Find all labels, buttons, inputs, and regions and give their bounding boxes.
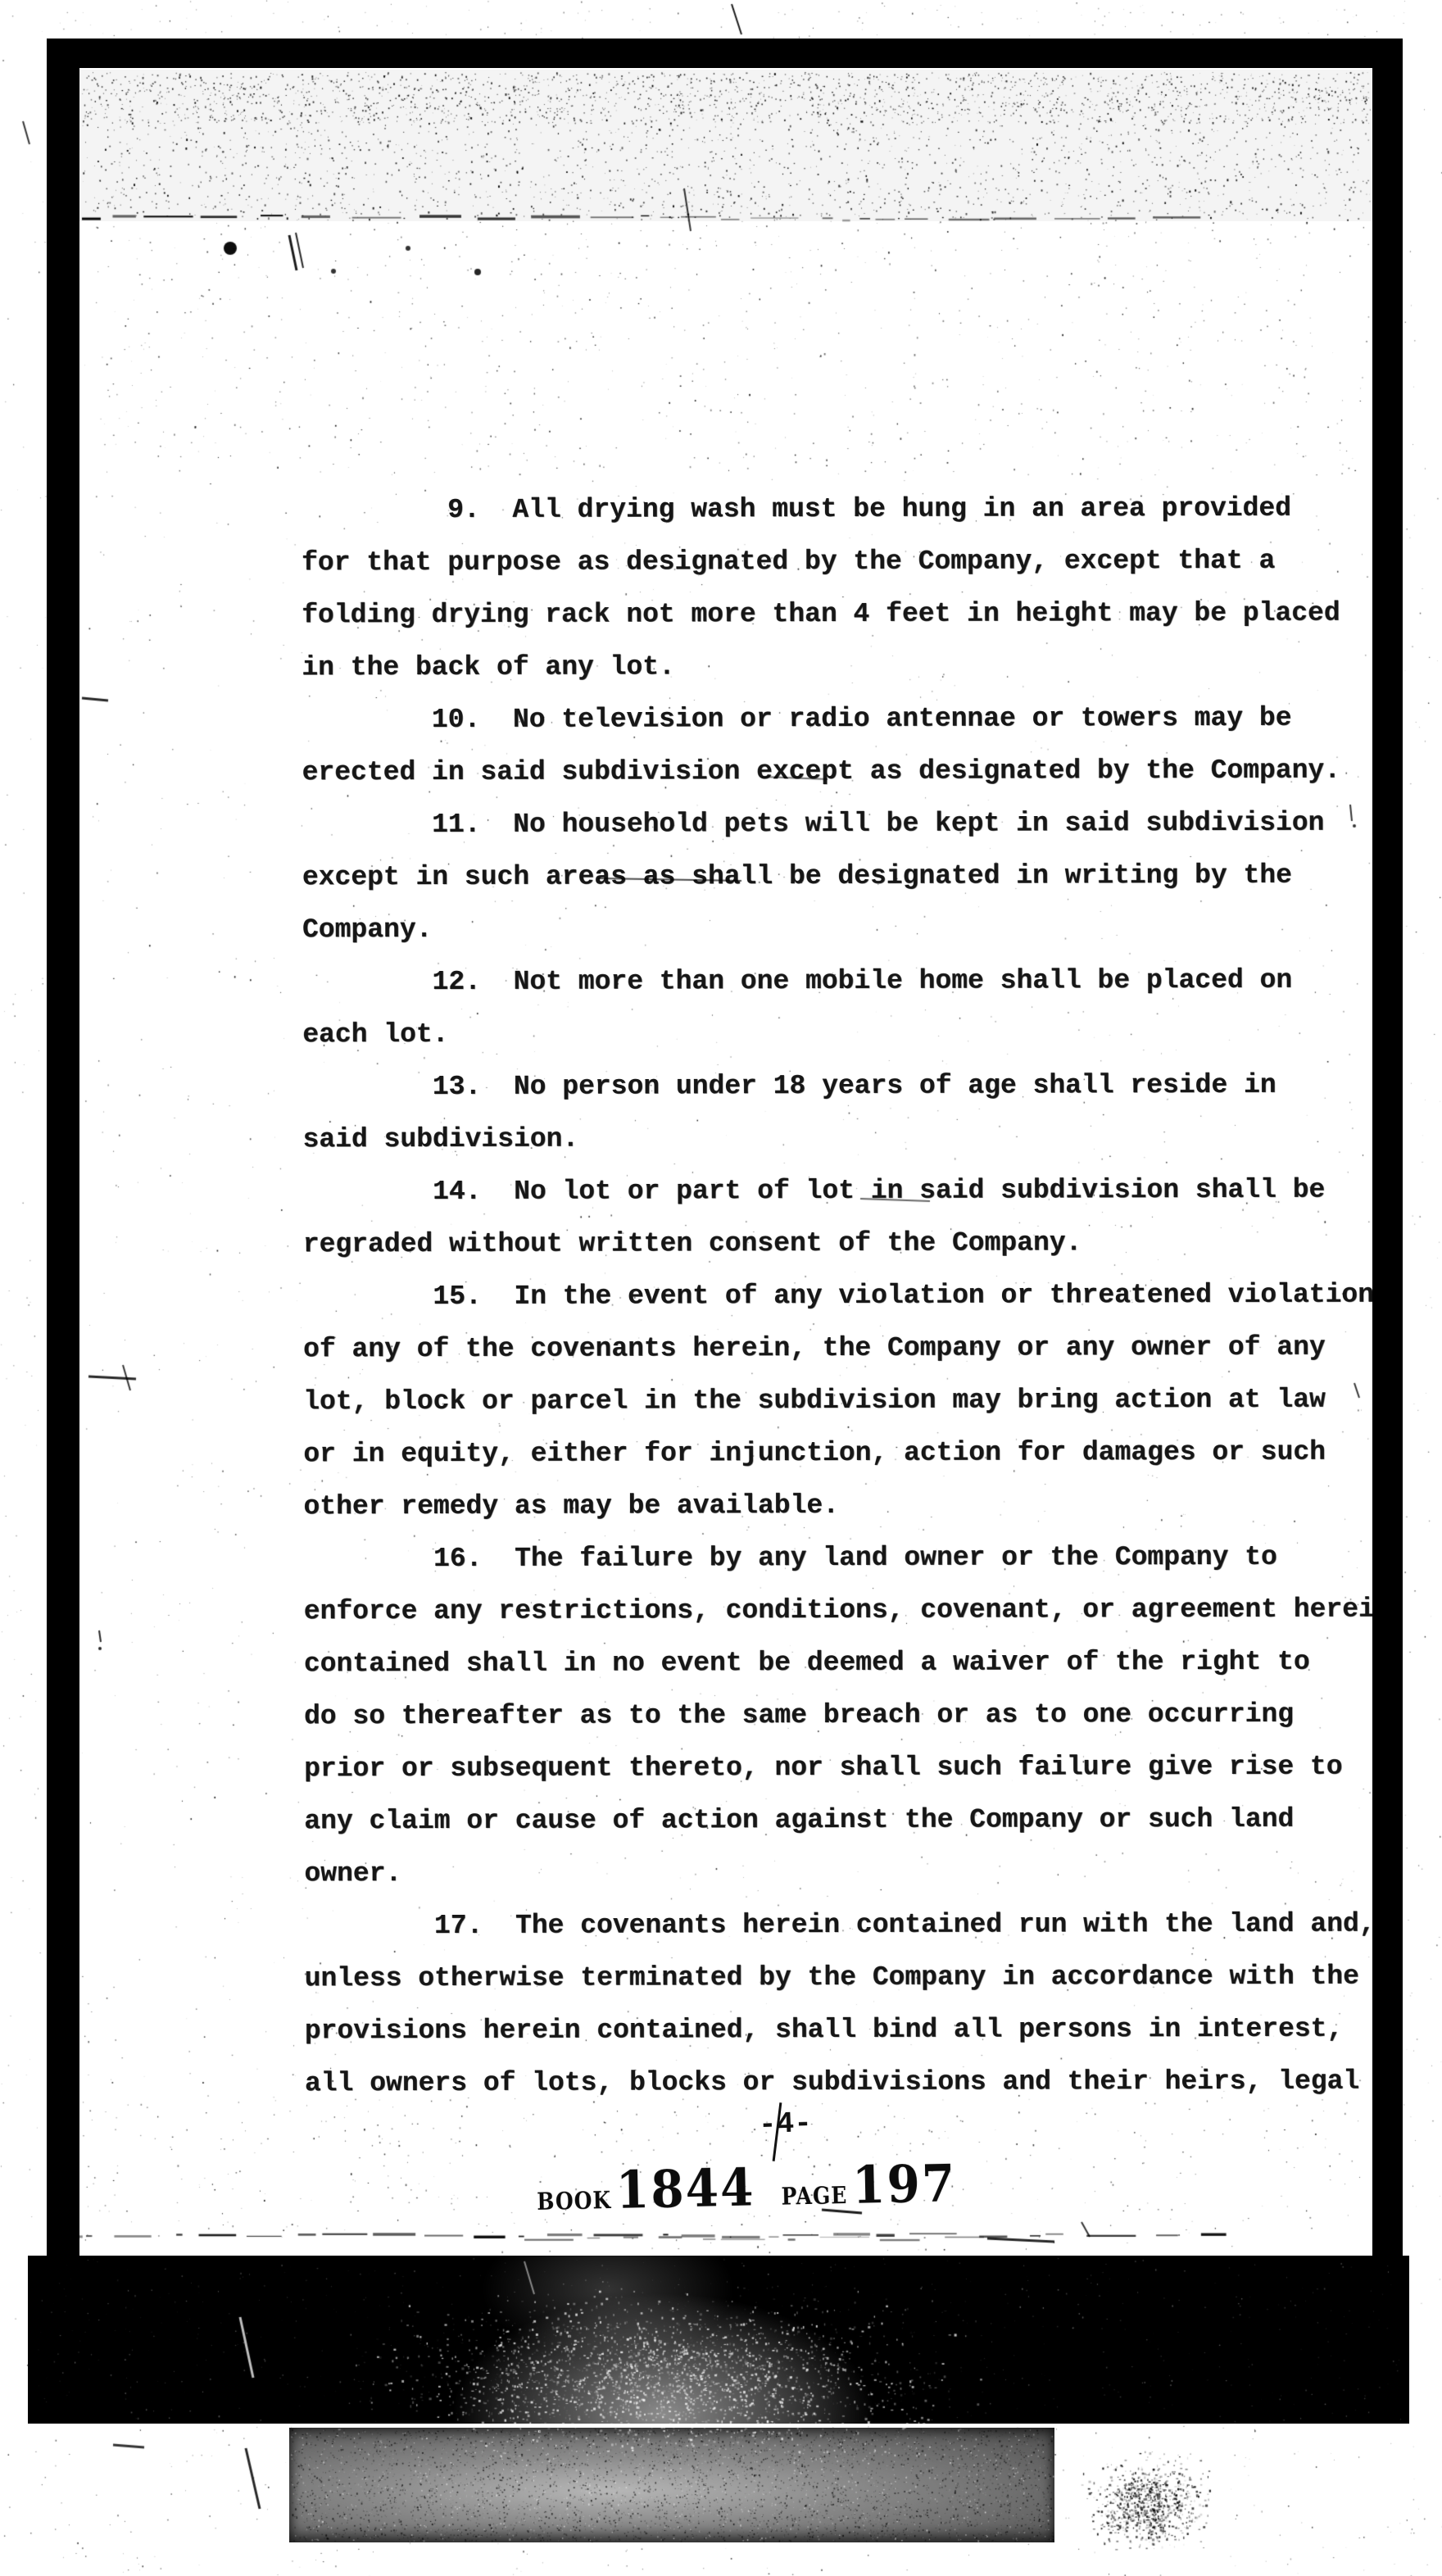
text-line: each lot. <box>302 1007 1367 1062</box>
text-line: other remedy as may be available. <box>303 1479 1368 1534</box>
text-line: 10. No television or radio antennae or t… <box>302 692 1367 747</box>
text-line: provisions herein contained, shall bind … <box>305 2003 1370 2058</box>
text-line: 16. The failure by any land owner or the… <box>304 1531 1369 1586</box>
text-line: 14. No lot or part of lot in said subdiv… <box>303 1164 1368 1219</box>
text-line: 9. All drying wash must be hung in an ar… <box>302 483 1367 537</box>
text-line: erected in said subdivision except as de… <box>302 745 1367 800</box>
text-line: do so thereafter as to the same breach o… <box>304 1689 1369 1744</box>
film-frame-right <box>1372 39 1403 2423</box>
text-line: except in such areas as shall be designa… <box>302 850 1367 905</box>
text-line: lot, block or parcel in the subdivision … <box>303 1374 1368 1429</box>
text-line: said subdivision. <box>303 1112 1368 1167</box>
stamp-gap <box>760 2203 782 2204</box>
text-line: 11. No household pets will be kept in sa… <box>302 797 1367 852</box>
text-line: in the back of any lot. <box>302 640 1367 695</box>
page-number: -4- <box>758 2107 812 2142</box>
stamp-book-number: 1844 <box>615 2157 755 2220</box>
scan-noise-wash <box>79 70 1372 221</box>
text-line: of any of the covenants herein, the Comp… <box>303 1322 1368 1376</box>
book-page-stamp: BOOK 1844 PAGE 197 <box>536 2156 962 2220</box>
stamp-book-label: BOOK <box>537 2186 612 2215</box>
film-frame-bottom <box>28 2256 1409 2424</box>
text-line: folding drying rack not more than 4 feet… <box>302 587 1367 642</box>
stamp-page-label: PAGE <box>781 2181 847 2210</box>
text-line: 12. Not more than one mobile home shall … <box>302 955 1367 1009</box>
text-line: any claim or cause of action against the… <box>304 1794 1369 1848</box>
text-line: regraded without written consent of the … <box>303 1217 1368 1272</box>
next-page-edge-block <box>289 2428 1054 2542</box>
film-frame-left <box>47 39 79 2423</box>
text-line: or in equity, either for injunction, act… <box>303 1426 1368 1481</box>
text-line: 17. The covenants herein contained run w… <box>305 1898 1370 1953</box>
text-line: owner. <box>304 1846 1369 1901</box>
text-line: 15. In the event of any violation or thr… <box>303 1269 1368 1324</box>
film-frame-top <box>47 39 1403 68</box>
light-leak <box>28 2256 1409 2424</box>
text-line: prior or subsequent thereto, nor shall s… <box>304 1741 1369 1796</box>
text-line: unless otherwise terminated by the Compa… <box>305 1951 1370 2006</box>
stamp-page-number: 197 <box>851 2153 957 2215</box>
text-line: contained shall in no event be deemed a … <box>304 1636 1369 1691</box>
text-line: for that purpose as designated by the Co… <box>302 535 1367 590</box>
text-line: enforce any restrictions, conditions, co… <box>304 1584 1369 1639</box>
scanned-document: { "document": { "lines": [ " 9. All dryi… <box>0 0 1442 2576</box>
text-line: all owners of lots, blocks or subdivisio… <box>305 2056 1370 2111</box>
text-line: 13. No person under 18 years of age shal… <box>302 1059 1367 1114</box>
document-text: 9. All drying wash must be hung in an ar… <box>302 483 1370 2111</box>
text-line: Company. <box>302 902 1367 957</box>
